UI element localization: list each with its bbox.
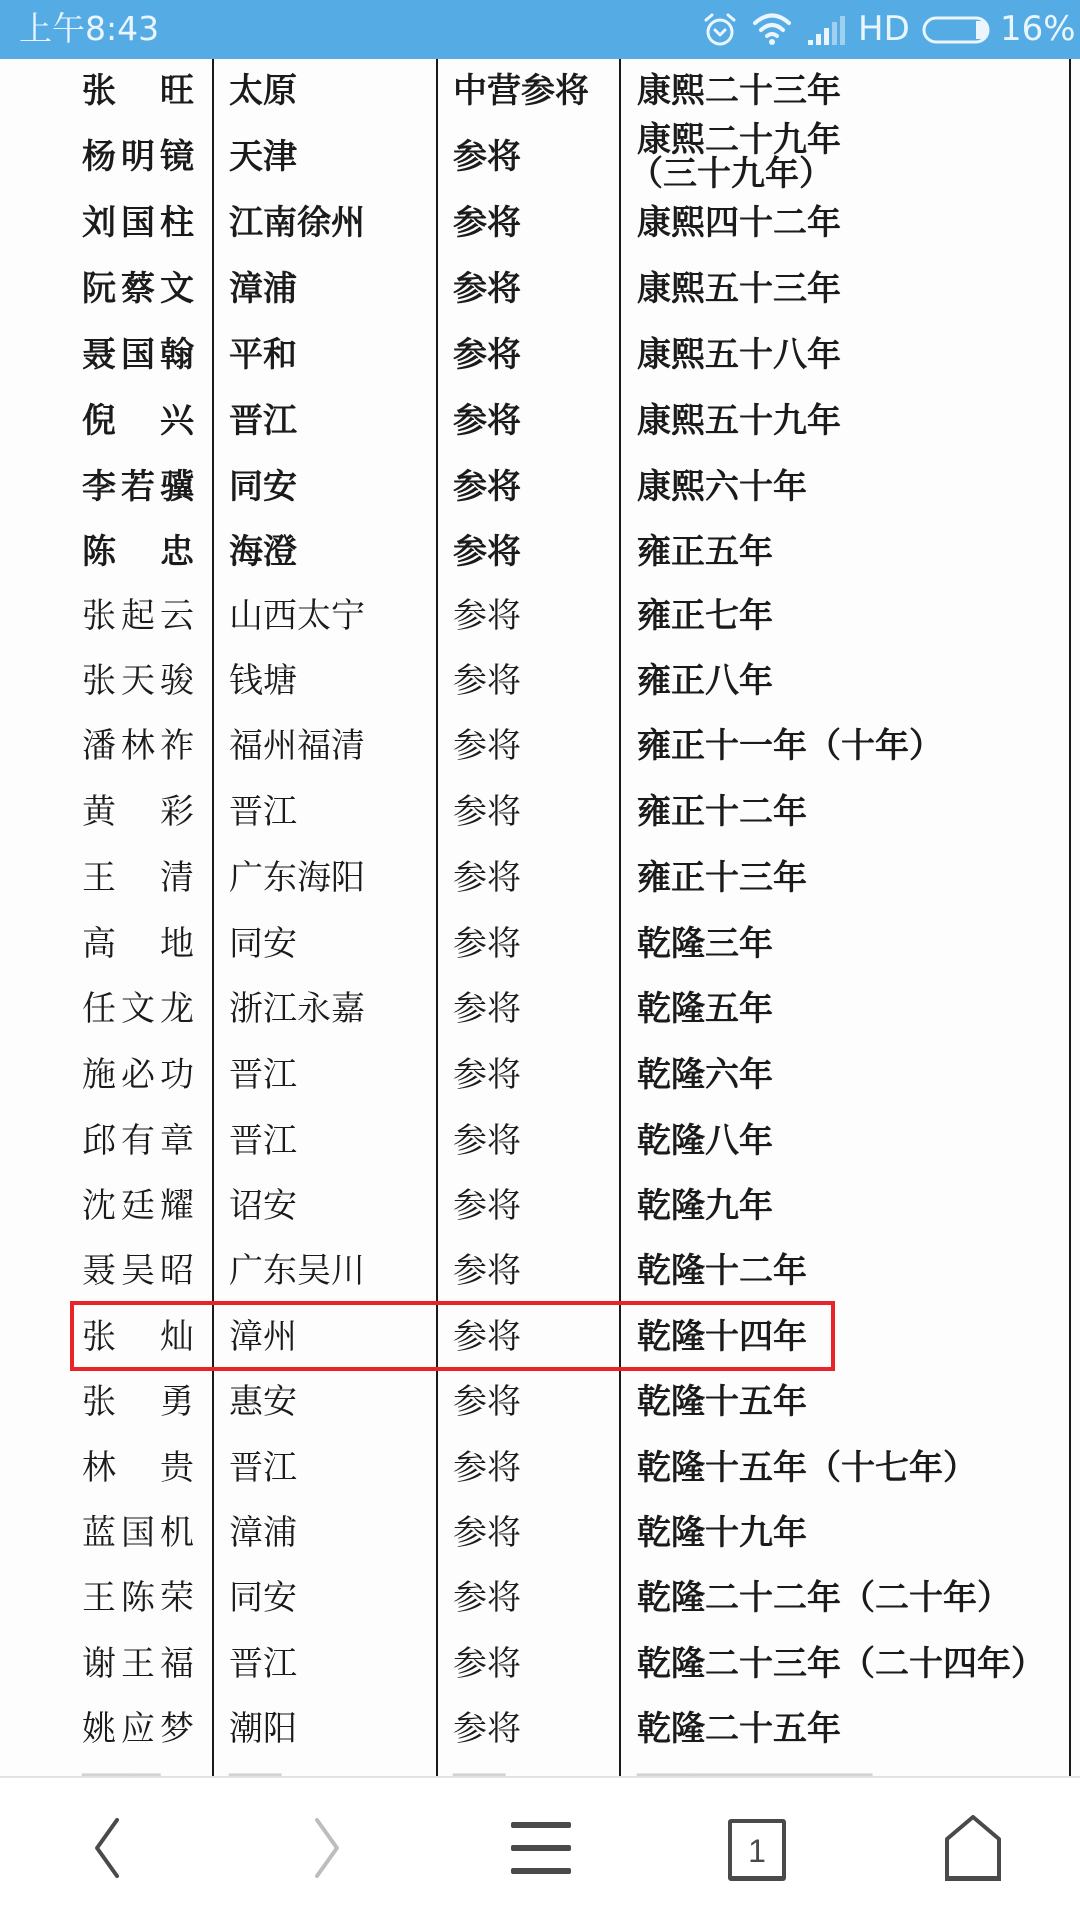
year-cell: 乾隆二十二年（二十年） bbox=[637, 1568, 1011, 1628]
table-row: 高 地 同安 参将 乾隆三年 bbox=[0, 914, 1080, 974]
table-row: 潘林祚 福州福清 参将 雍正十一年（十年） bbox=[0, 716, 1080, 776]
table-row: 刘国柱 江南徐州 参将 康熙四十二年 bbox=[0, 193, 1080, 253]
chevron-right-icon bbox=[307, 1816, 347, 1884]
rank-cell: 参将 bbox=[453, 1438, 521, 1498]
name-cell: 张起云 bbox=[82, 586, 194, 646]
name-cell: 高 地 bbox=[82, 914, 194, 974]
name-cell: 任文龙 bbox=[82, 979, 194, 1039]
table-row: 阮蔡文 漳浦 参将 康熙五十三年 bbox=[0, 259, 1080, 319]
place-cell: 同安 bbox=[229, 1568, 297, 1628]
year-cell: 康熙二十三年 bbox=[637, 61, 841, 121]
rank-cell: 参将 bbox=[453, 914, 521, 974]
rank-cell: 参将 bbox=[453, 586, 521, 646]
place-cell: 漳浦 bbox=[229, 1503, 297, 1563]
rank-cell: 参将 bbox=[453, 193, 521, 253]
rank-cell: 参将 bbox=[453, 127, 521, 187]
alarm-icon bbox=[703, 12, 737, 52]
place-cell: 晋江 bbox=[229, 1438, 297, 1498]
year-cell: 康熙五十八年 bbox=[637, 325, 841, 385]
table-row: 张 旺 太原 中营参将 康熙二十三年 bbox=[0, 61, 1080, 121]
table-row: 张 勇 惠安 参将 乾隆十五年 bbox=[0, 1372, 1080, 1432]
battery-icon bbox=[922, 16, 994, 48]
name-cell: 陈 忠 bbox=[82, 522, 194, 582]
document-viewer[interactable]: 张 旺 太原 中营参将 康熙二十三年 杨明镜 天津 参将 康熙二十九年 （三十九… bbox=[0, 59, 1080, 1776]
rank-cell: 参将 bbox=[453, 1634, 521, 1694]
name-cell: 王 清 bbox=[82, 848, 194, 908]
year-cell: 乾隆十二年 bbox=[637, 1241, 807, 1301]
table-row: 邱有章 晋江 参将 乾隆八年 bbox=[0, 1111, 1080, 1171]
rank-cell: 参将 bbox=[453, 1372, 521, 1432]
name-cell: 杨明镜 bbox=[82, 127, 194, 187]
rank-cell: 参将 bbox=[453, 1699, 521, 1759]
rank-cell: 参将 bbox=[453, 782, 521, 842]
place-cell: 惠安 bbox=[229, 1372, 297, 1432]
highlight-box bbox=[70, 1301, 835, 1371]
name-cell: 沈廷耀 bbox=[82, 1176, 194, 1236]
place-cell: 晋江 bbox=[229, 1634, 297, 1694]
tabs-icon: 1 bbox=[728, 1819, 786, 1881]
name-cell: 张 勇 bbox=[82, 1372, 194, 1432]
table-row: 杨明镜 天津 参将 康熙二十九年 （三十九年） bbox=[0, 127, 1080, 187]
year-cell: 乾隆二十五年 bbox=[637, 1699, 841, 1759]
rank-cell: 参将 bbox=[453, 1176, 521, 1236]
name-cell: 张天骏 bbox=[82, 651, 194, 711]
browser-nav-bar: 1 bbox=[0, 1776, 1080, 1920]
year-cell: 雍正八年 bbox=[637, 651, 773, 711]
table-row: 蓝国机 漳浦 参将 乾隆十九年 bbox=[0, 1503, 1080, 1563]
home-button[interactable] bbox=[928, 1808, 1018, 1892]
name-cell: 聂吴昭 bbox=[82, 1241, 194, 1301]
table-row: 李若骥 同安 参将 康熙六十年 bbox=[0, 457, 1080, 517]
table-row: 谢王福 晋江 参将 乾隆二十三年（二十四年） bbox=[0, 1634, 1080, 1694]
signal-icon bbox=[808, 14, 846, 50]
chevron-left-icon bbox=[87, 1816, 127, 1884]
name-cell: 聂国翰 bbox=[82, 325, 194, 385]
rank-cell: 参将 bbox=[453, 651, 521, 711]
place-cell: 同安 bbox=[229, 457, 297, 517]
place-cell: 漳浦 bbox=[229, 259, 297, 319]
place-cell: 福州福清 bbox=[229, 716, 365, 776]
table-row: 沈廷耀 诏安 参将 乾隆九年 bbox=[0, 1176, 1080, 1236]
rank-cell: 参将 bbox=[453, 1111, 521, 1171]
name-cell: 阮蔡文 bbox=[82, 259, 194, 319]
name-cell: 刘国柱 bbox=[82, 193, 194, 253]
place-cell: 诏安 bbox=[229, 1176, 297, 1236]
rank-cell: 参将 bbox=[453, 325, 521, 385]
place-cell: 同安 bbox=[229, 914, 297, 974]
table-row: 任文龙 浙江永嘉 参将 乾隆五年 bbox=[0, 979, 1080, 1039]
partial-cell: ▇▇▇▇▇▇▇▇▇ bbox=[637, 1759, 872, 1776]
place-cell: 浙江永嘉 bbox=[229, 979, 365, 1039]
rank-cell: 参将 bbox=[453, 391, 521, 451]
menu-button[interactable] bbox=[496, 1808, 586, 1892]
name-cell: 倪 兴 bbox=[82, 391, 194, 451]
year-cell: 乾隆十五年 bbox=[637, 1372, 807, 1432]
status-bar: 上午8:43 HD 16% bbox=[0, 0, 1080, 59]
place-cell: 江南徐州 bbox=[229, 193, 365, 253]
table-row: 王陈荣 同安 参将 乾隆二十二年（二十年） bbox=[0, 1568, 1080, 1628]
year-cell: 乾隆十五年（十七年） bbox=[637, 1438, 977, 1498]
rank-cell: 参将 bbox=[453, 1241, 521, 1301]
year-cell: 乾隆六年 bbox=[637, 1045, 773, 1105]
year-cell: 乾隆二十三年（二十四年） bbox=[637, 1634, 1045, 1694]
status-time: 上午8:43 bbox=[19, 8, 159, 50]
name-cell: 李若骥 bbox=[82, 457, 194, 517]
name-cell: 潘林祚 bbox=[82, 716, 194, 776]
home-icon bbox=[943, 1815, 1003, 1885]
place-cell: 平和 bbox=[229, 325, 297, 385]
table-row: 聂国翰 平和 参将 康熙五十八年 bbox=[0, 325, 1080, 385]
rank-cell: 参将 bbox=[453, 848, 521, 908]
network-type: HD bbox=[858, 8, 910, 50]
year-cell: 乾隆三年 bbox=[637, 914, 773, 974]
table-row: 陈 忠 海澄 参将 雍正五年 bbox=[0, 522, 1080, 582]
table-row: 林 贵 晋江 参将 乾隆十五年（十七年） bbox=[0, 1438, 1080, 1498]
tabs-button[interactable]: 1 bbox=[712, 1808, 802, 1892]
name-cell: 姚应梦 bbox=[82, 1699, 194, 1759]
place-cell: 广东海阳 bbox=[229, 848, 365, 908]
place-cell: 潮阳 bbox=[229, 1699, 297, 1759]
year-cell: 康熙二十九年 （三十九年） bbox=[637, 123, 841, 193]
partial-cell: ▇▇ bbox=[229, 1759, 281, 1776]
name-cell: 张 旺 bbox=[82, 61, 194, 121]
year-cell: 乾隆五年 bbox=[637, 979, 773, 1039]
year-cell: 雍正十一年（十年） bbox=[637, 716, 943, 776]
forward-button[interactable] bbox=[282, 1808, 372, 1892]
year-cell: 康熙六十年 bbox=[637, 457, 807, 517]
place-cell: 天津 bbox=[229, 127, 297, 187]
name-cell: 黄 彩 bbox=[82, 782, 194, 842]
table-row: 施必功 晋江 参将 乾隆六年 bbox=[0, 1045, 1080, 1105]
table-row: 黄 彩 晋江 参将 雍正十二年 bbox=[0, 782, 1080, 842]
table-row-partial: ▇▇▇ ▇▇ ▇▇ ▇▇▇▇▇▇▇▇▇ bbox=[0, 1759, 1080, 1776]
partial-cell: ▇▇▇ bbox=[82, 1759, 194, 1776]
year-cell: 雍正七年 bbox=[637, 586, 773, 646]
place-cell: 晋江 bbox=[229, 782, 297, 842]
rank-cell: 中营参将 bbox=[453, 61, 589, 121]
table-row: 聂吴昭 广东吴川 参将 乾隆十二年 bbox=[0, 1241, 1080, 1301]
rank-cell: 参将 bbox=[453, 1568, 521, 1628]
hamburger-icon bbox=[509, 1820, 573, 1880]
year-cell: 乾隆九年 bbox=[637, 1176, 773, 1236]
rank-cell: 参将 bbox=[453, 522, 521, 582]
rank-cell: 参将 bbox=[453, 979, 521, 1039]
year-note: （三十九年） bbox=[629, 154, 833, 194]
name-cell: 林 贵 bbox=[82, 1438, 194, 1498]
name-cell: 蓝国机 bbox=[82, 1503, 194, 1563]
year-cell: 康熙五十三年 bbox=[637, 259, 841, 319]
year-cell: 康熙五十九年 bbox=[637, 391, 841, 451]
name-cell: 谢王福 bbox=[82, 1634, 194, 1694]
table-row: 姚应梦 潮阳 参将 乾隆二十五年 bbox=[0, 1699, 1080, 1759]
rank-cell: 参将 bbox=[453, 716, 521, 776]
place-cell: 钱塘 bbox=[229, 651, 297, 711]
place-cell: 太原 bbox=[229, 61, 297, 121]
name-cell: 施必功 bbox=[82, 1045, 194, 1105]
partial-cell: ▇▇ bbox=[453, 1759, 505, 1776]
place-cell: 山西太宁 bbox=[229, 586, 365, 646]
rank-cell: 参将 bbox=[453, 259, 521, 319]
year-cell: 乾隆八年 bbox=[637, 1111, 773, 1171]
place-cell: 海澄 bbox=[229, 522, 297, 582]
wifi-icon bbox=[752, 12, 792, 50]
table-row: 张起云 山西太宁 参将 雍正七年 bbox=[0, 586, 1080, 646]
table-row: 张天骏 钱塘 参将 雍正八年 bbox=[0, 651, 1080, 711]
table-row: 王 清 广东海阳 参将 雍正十三年 bbox=[0, 848, 1080, 908]
place-cell: 广东吴川 bbox=[229, 1241, 365, 1301]
year-cell: 乾隆十九年 bbox=[637, 1503, 807, 1563]
year-cell: 康熙四十二年 bbox=[637, 193, 841, 253]
year-cell: 雍正十二年 bbox=[637, 782, 807, 842]
place-cell: 晋江 bbox=[229, 1111, 297, 1171]
year-cell: 雍正五年 bbox=[637, 522, 773, 582]
table-row: 倪 兴 晋江 参将 康熙五十九年 bbox=[0, 391, 1080, 451]
rank-cell: 参将 bbox=[453, 1045, 521, 1105]
rank-cell: 参将 bbox=[453, 1503, 521, 1563]
name-cell: 邱有章 bbox=[82, 1111, 194, 1171]
name-cell: 王陈荣 bbox=[82, 1568, 194, 1628]
back-button[interactable] bbox=[62, 1808, 152, 1892]
year-cell: 雍正十三年 bbox=[637, 848, 807, 908]
rank-cell: 参将 bbox=[453, 457, 521, 517]
place-cell: 晋江 bbox=[229, 391, 297, 451]
place-cell: 晋江 bbox=[229, 1045, 297, 1105]
tab-count: 1 bbox=[732, 1831, 782, 1871]
battery-percent: 16% bbox=[1000, 8, 1076, 50]
